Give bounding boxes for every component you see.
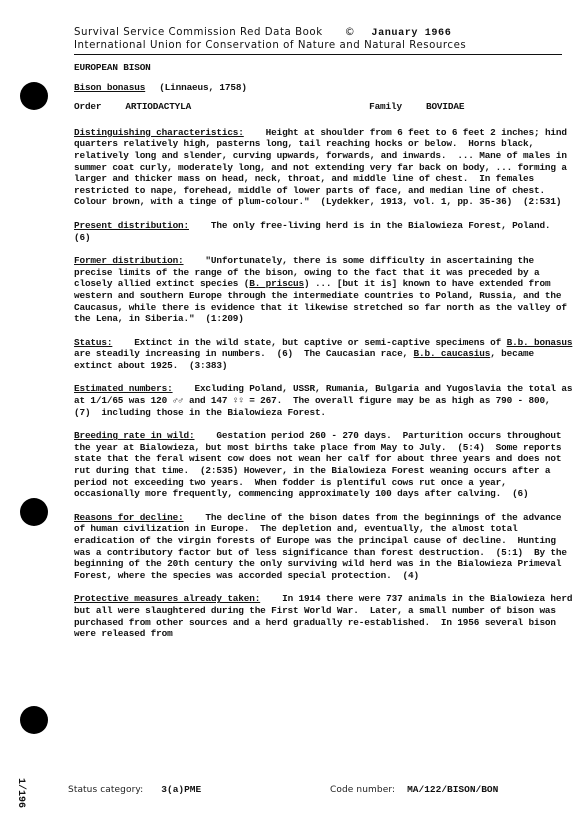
code-number: Code number:MA/122/BISON/BON	[330, 784, 498, 795]
punch-hole-bottom	[20, 706, 48, 734]
scientific-name-line: Bison bonasus (Linnaeus, 1758)	[74, 82, 574, 94]
order-label: Order	[74, 101, 101, 113]
section-estimated-numbers: Estimated numbers: Excluding Poland, USS…	[74, 383, 574, 418]
section-status: Status: Extinct in the wild state, but c…	[74, 337, 574, 372]
document-header: Survival Service Commission Red Data Boo…	[74, 27, 466, 52]
copyright-symbol: ©	[345, 27, 356, 38]
header-divider	[74, 54, 562, 55]
section-distinguishing-characteristics: Distinguishing characteristics: Height a…	[74, 127, 574, 208]
section-reasons-for-decline: Reasons for decline: The decline of the …	[74, 512, 574, 582]
section-heading: Former distribution:	[74, 255, 184, 266]
common-name: EUROPEAN BISON	[74, 62, 151, 74]
species-reference: B. priscus	[249, 278, 304, 289]
subspecies-reference: B.b. bonasus	[507, 337, 573, 348]
taxonomy-line: Order ARTIODACTYLA Family BOVIDAE	[74, 101, 574, 113]
status-category-label: Status category:	[68, 785, 143, 795]
punch-hole-middle	[20, 498, 48, 526]
section-breeding-rate: Breeding rate in wild: Gestation period …	[74, 430, 574, 500]
section-text: Extinct in the wild state, but captive o…	[112, 337, 506, 348]
scientific-name: Bison bonasus	[74, 82, 145, 94]
document-body: EUROPEAN BISON Bison bonasus (Linnaeus, …	[74, 62, 574, 652]
common-name-line: EUROPEAN BISON	[74, 62, 574, 74]
code-number-value: MA/122/BISON/BON	[407, 784, 498, 795]
section-heading: Status:	[74, 337, 112, 348]
section-heading: Distinguishing characteristics:	[74, 127, 244, 138]
subspecies-reference: B.b. caucasius	[414, 348, 491, 359]
section-former-distribution: Former distribution: "Unfortunately, the…	[74, 255, 574, 325]
section-heading: Breeding rate in wild:	[74, 430, 194, 441]
authority: (Linnaeus, 1758)	[159, 82, 247, 94]
status-category-value: 3(a)PME	[161, 784, 201, 795]
section-heading: Estimated numbers:	[74, 383, 173, 394]
family-value: BOVIDAE	[426, 101, 464, 113]
order-value: ARTIODACTYLA	[125, 101, 191, 113]
section-protective-measures: Protective measures already taken: In 19…	[74, 593, 574, 639]
status-category: Status category:3(a)PME	[68, 784, 201, 795]
header-organization: International Union for Conservation of …	[74, 40, 466, 52]
code-number-label: Code number:	[330, 785, 395, 795]
section-heading: Protective measures already taken:	[74, 593, 260, 604]
header-date: January 1966	[371, 28, 451, 39]
header-title: Survival Service Commission Red Data Boo…	[74, 27, 323, 38]
section-present-distribution: Present distribution: The only free-livi…	[74, 220, 574, 243]
section-heading: Reasons for decline:	[74, 512, 184, 523]
section-heading: Present distribution:	[74, 220, 189, 231]
section-text: Height at shoulder from 6 feet to 6 feet…	[74, 127, 572, 208]
family-label: Family	[369, 101, 402, 113]
punch-hole-top	[20, 82, 48, 110]
side-page-number: 1/196	[15, 778, 26, 808]
